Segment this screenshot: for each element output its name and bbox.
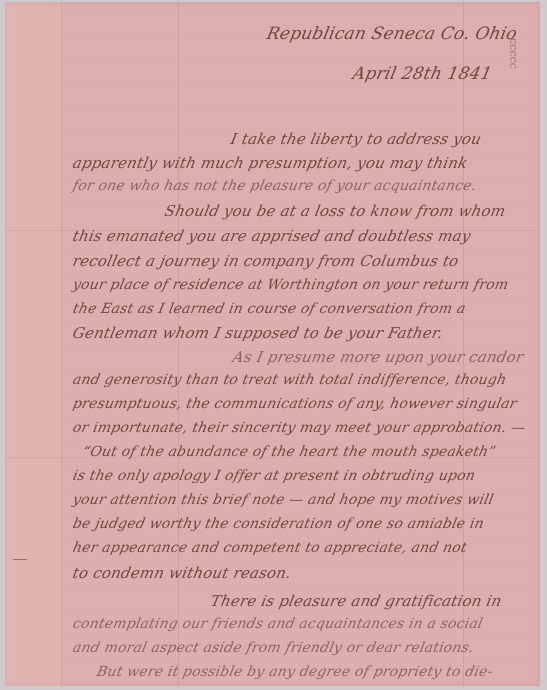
letter-line: or importunate, their sincerity may meet… (71, 420, 527, 436)
heading-date: April 28th 1841 (351, 64, 494, 84)
letter-line: the East as I learned in course of conve… (71, 301, 467, 317)
letter-line: Gentleman whom I supposed to be your Fat… (71, 324, 445, 342)
fold-line-vertical (178, 2, 179, 686)
letter-page: Republican Seneca Co. Ohio April 28th 18… (5, 2, 540, 686)
heading-place: Republican Seneca Co. Ohio (265, 24, 519, 44)
letter-line: presumptuous, the communications of any,… (71, 396, 518, 412)
letter-line: this emanated you are apprised and doubt… (71, 227, 472, 245)
scan-background: Republican Seneca Co. Ohio April 28th 18… (0, 0, 547, 690)
folded-margin (5, 2, 62, 686)
letter-line: apparently with much presumption, you ma… (71, 154, 469, 172)
letter-line: I take the liberty to address you (229, 130, 483, 148)
letter-line: for one who has not the pleasure of your… (71, 178, 478, 194)
letter-line: your attention this brief note — and hop… (71, 492, 495, 508)
letter-line: and moral aspect aside from friendly or … (71, 640, 475, 656)
letter-line: recollect a journey in company from Colu… (71, 252, 460, 270)
letter-line: But were it possible by any degree of pr… (95, 664, 494, 680)
letter-line: “Out of the abundance of the heart the m… (81, 444, 497, 460)
fold-line-vertical (463, 2, 464, 686)
letter-line: and generosity than to treat with total … (71, 372, 508, 388)
letter-line: Should you be at a loss to know from who… (163, 202, 507, 220)
letter-line: your place of residence at Worthington o… (71, 277, 510, 293)
letter-line: As I presume more upon your candor (231, 348, 525, 366)
letter-line: to condemn without reason. (71, 564, 293, 582)
letter-line: contemplating our friends and acquaintan… (71, 616, 484, 632)
letter-line: There is pleasure and gratification in (209, 592, 503, 610)
margin-tally: ccccc (507, 38, 520, 69)
margin-tick-mark (13, 559, 27, 560)
letter-line: be judged worthy the consideration of on… (71, 516, 485, 532)
letter-line: her appearance and competent to apprecia… (71, 540, 468, 556)
letter-line: is the only apology I offer at present i… (71, 468, 476, 484)
